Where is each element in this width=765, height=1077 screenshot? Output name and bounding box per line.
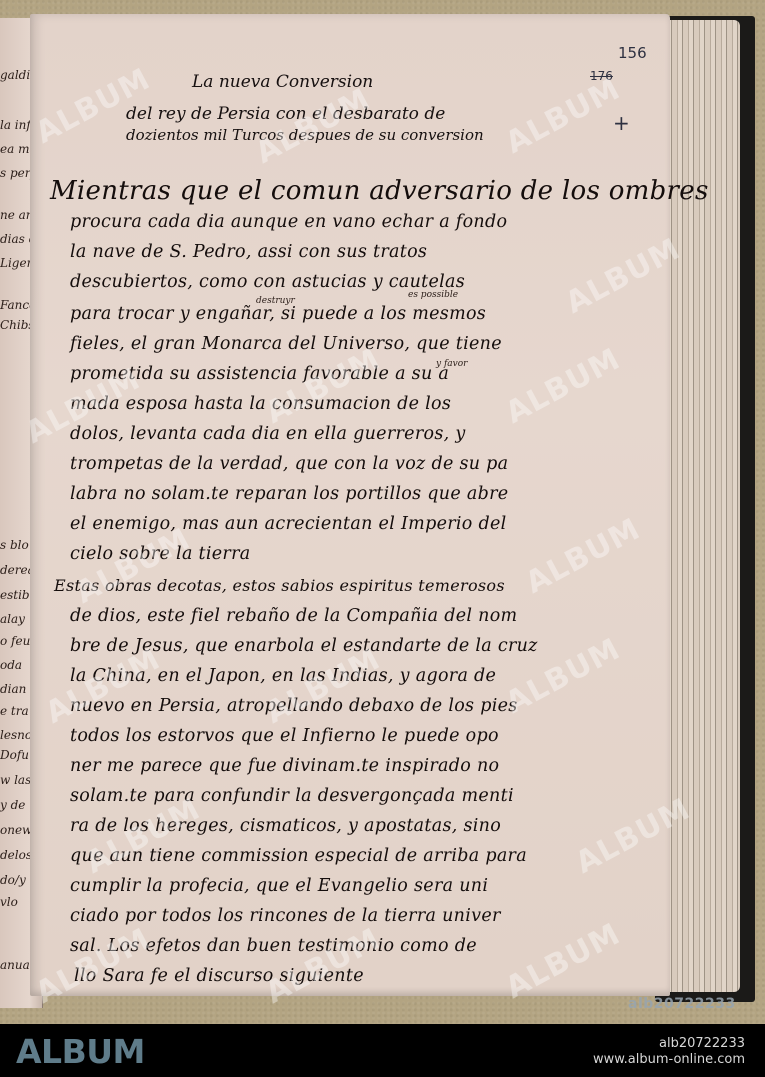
manuscript-photo: galdia la infi ea ma s perfi ne am dias … — [0, 0, 765, 1024]
body-line: nuevo en Persia, atropellando debaxo de … — [70, 696, 518, 716]
body-line: cielo sobre la tierra — [70, 544, 251, 564]
heading-line: La nueva Conversion — [192, 72, 373, 92]
body-line: solam.te para confundir la desvergonçada… — [70, 786, 514, 806]
website-link[interactable]: www.album-online.com — [593, 1052, 745, 1068]
folio-number: 156 — [618, 44, 647, 62]
interlinear-note: destruyr — [256, 296, 295, 306]
body-line: bre de Jesus, que enarbola el estandarte… — [70, 636, 538, 656]
footer-meta: alb20722233 www.album-online.com — [593, 1036, 745, 1068]
footer-bar: ALBUM alb20722233 www.album-online.com — [0, 1024, 765, 1077]
body-line: procura cada dia aunque en vano echar a … — [70, 212, 507, 232]
body-line: mada esposa hasta la consumacion de los — [70, 394, 451, 414]
old-folio-number: 176 — [590, 69, 613, 83]
body-line: el enemigo, mas aun acrecientan el Imper… — [70, 514, 507, 534]
body-line: todos los estorvos que el Infierno le pu… — [70, 726, 499, 746]
interlinear-note: y favor — [436, 359, 467, 369]
heading-line: del rey de Persia con el desbarato de — [126, 104, 445, 124]
image-id: alb20722233 — [593, 1036, 745, 1052]
body-line: descubiertos, como con astucias y cautel… — [70, 272, 465, 292]
manuscript-page: 156 176 + La nueva Conversion del rey de… — [30, 14, 670, 996]
album-logo: ALBUM — [16, 1032, 145, 1071]
body-line: fieles, el gran Monarca del Universo, qu… — [70, 334, 502, 354]
body-line: Mientras que el comun adversario de los … — [50, 176, 709, 206]
body-line: la China, en el Japon, en las Indias, y … — [70, 666, 496, 686]
body-line: para trocar y engañar, si puede a los me… — [70, 304, 486, 324]
body-line: Estas obras decotas, estos sabios espiri… — [54, 576, 505, 595]
body-line: sal. Los efetos dan buen testimonio como… — [70, 936, 477, 956]
body-line: llo Sara fe el discurso siguiente — [74, 966, 364, 986]
cross-mark: + — [613, 111, 630, 135]
heading-line: dozientos mil Turcos despues de su conve… — [126, 126, 484, 144]
body-line: ciado por todos los rincones de la tierr… — [70, 906, 501, 926]
body-line: prometida su assistencia favorable a su … — [70, 364, 449, 384]
body-line: cumplir la profecia, que el Evangelio se… — [70, 876, 488, 896]
body-line: dolos, levanta cada dia en ella guerrero… — [70, 424, 466, 444]
body-line: la nave de S. Pedro, assi con sus tratos — [70, 242, 427, 262]
watermark-image-id: alb20722233 — [628, 996, 736, 1012]
body-line: que aun tiene commission especial de arr… — [70, 846, 527, 866]
body-line: labra no solam.te reparan los portillos … — [70, 484, 508, 504]
body-line: ra de los hereges, cismaticos, y apostat… — [70, 816, 501, 836]
initial-word: Mientras que el comun adversario de los … — [50, 176, 709, 206]
body-line: trompetas de la verdad, que con la voz d… — [70, 454, 508, 474]
body-line: ner me parece que fue divinam.te inspira… — [70, 756, 499, 776]
interlinear-note: es possible — [408, 290, 458, 300]
body-line: de dios, este fiel rebaño de la Compañia… — [70, 606, 517, 626]
